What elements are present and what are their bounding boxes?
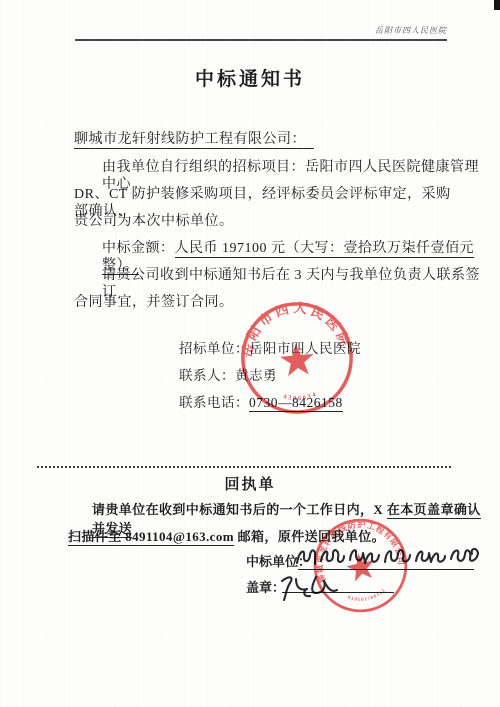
body-line-3: 贵公司为本次中标单位。 <box>74 213 452 230</box>
document-title: 中标通知书 <box>0 64 500 91</box>
tear-off-separator <box>37 466 452 468</box>
scan-corner-artifact <box>494 0 500 10</box>
svg-text:4306034: 4306034 <box>282 390 319 404</box>
scanned-document-page: 岳阳市四人民医院 中标通知书 聊城市龙轩射线防护工程有限公司： 由我单位自行组织… <box>0 0 500 707</box>
hospital-seal-code: 4306034 <box>282 390 319 404</box>
recipient-line: 聊城市龙轩射线防护工程有限公司： <box>74 131 452 148</box>
seal-star-icon <box>279 342 315 377</box>
header-note: 岳阳市四人民医院 <box>375 25 447 36</box>
receipt-line-1-prefix: 请贵单位在收到中标通知书后的一个工作日内，X <box>92 502 387 517</box>
contact-person-label: 联系人： <box>179 368 235 383</box>
handwritten-signature <box>276 571 342 607</box>
hospital-seal-stamp-icon: 岳阳市四人民医院 4306034 <box>233 294 361 422</box>
handwritten-company-name <box>294 541 480 573</box>
header-rule <box>75 39 447 41</box>
company-seal-code: 919101700112 <box>346 588 388 607</box>
receipt-title: 回执单 <box>0 473 500 494</box>
svg-text:919101700112: 919101700112 <box>346 588 388 607</box>
contact-phone-label: 联系电话： <box>179 395 249 410</box>
amount-label: 中标金额： <box>102 241 175 256</box>
recipient-name: 聊城市龙轩射线防护工程有限公司： <box>74 132 314 149</box>
receipt-email: 扫描件至 8491104@163.com <box>68 529 234 546</box>
